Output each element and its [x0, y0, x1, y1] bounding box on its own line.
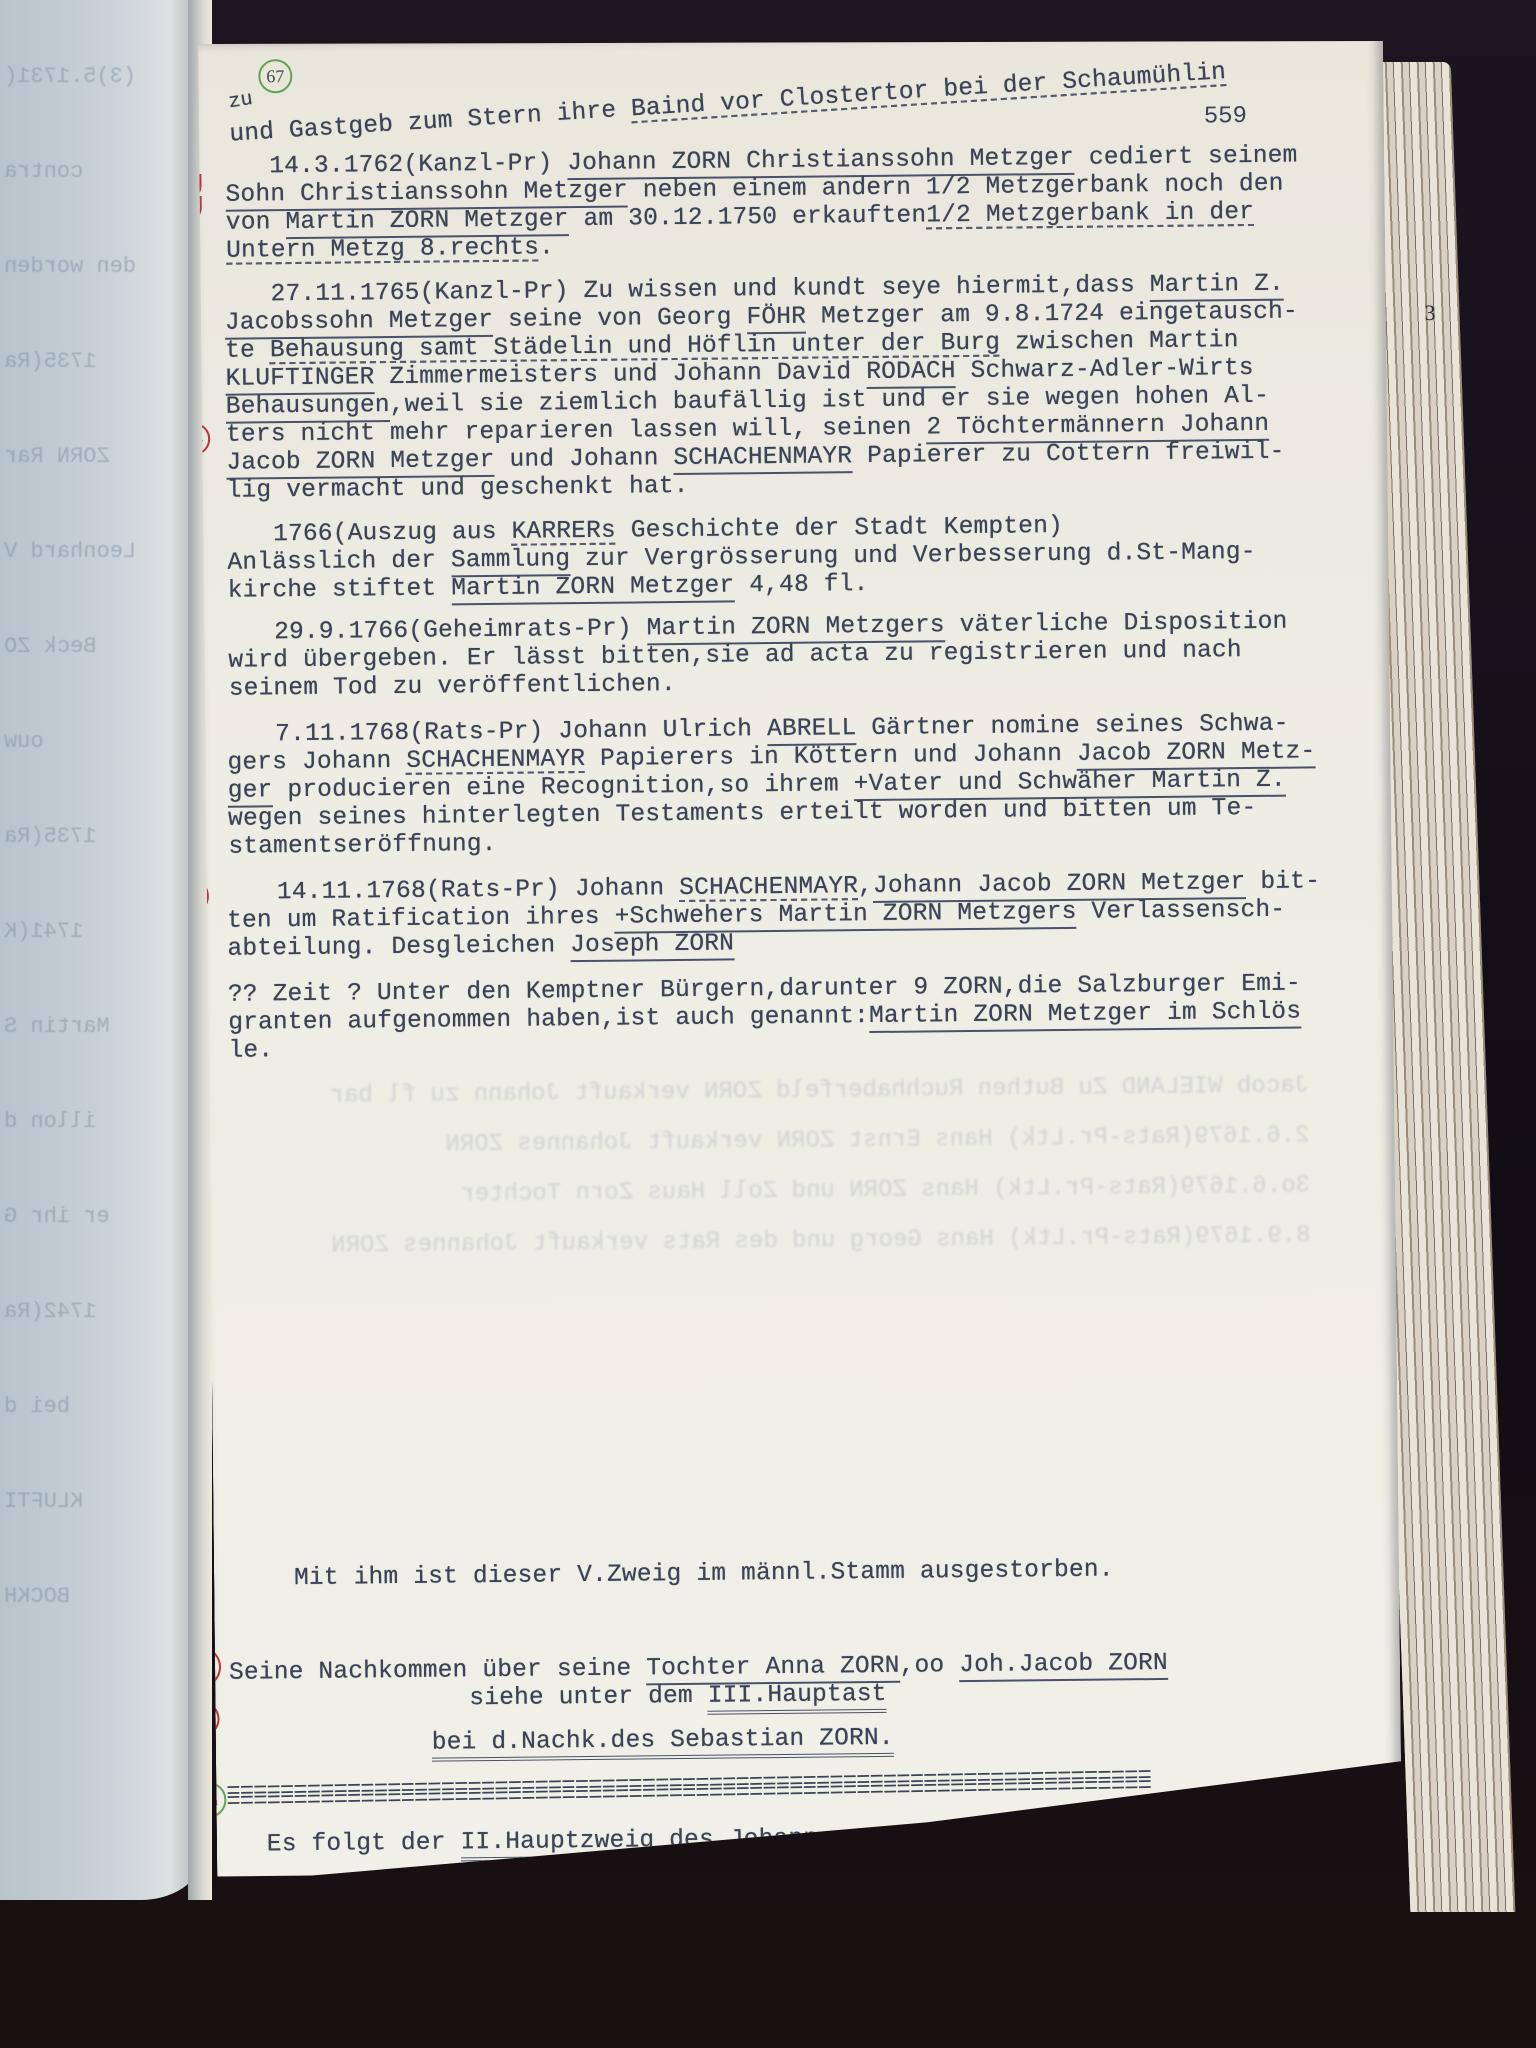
show-through-text: 8.9.1679(Rats-Pr.Ltk) Hans Georg und des… — [210, 1222, 1310, 1261]
left-page-ghost-line: 1735(Ra — [4, 345, 96, 379]
descendants-line: Seine Nachkommen über seine Tochter Anna… — [229, 1652, 1168, 1686]
left-page-ghost-line: ZORN Rar — [4, 440, 110, 474]
left-page-ghost-line: illon d — [4, 1105, 96, 1139]
left-page-ghost-line: 1742(Ra — [4, 1295, 96, 1329]
left-page-ghost-line: Beck ZO — [4, 630, 96, 664]
left-page-ghost-line: den worden — [4, 250, 136, 284]
text-line: zu — [227, 90, 254, 113]
left-page-ghost-line: (3)5.1731( — [4, 60, 136, 94]
text-line: kirche stiftet Martin ZORN Metzger 4,48 … — [228, 573, 869, 604]
left-page-ghost-line: KLUFTI — [4, 1485, 83, 1519]
show-through-text: 3o.6.1679(Rats-Pr.Ltk) Hans ZORN und Zol… — [210, 1172, 1310, 1211]
text-line: lig vermacht und geschenkt hat. — [227, 475, 689, 504]
left-page-ghost-line: 1735(Ra — [4, 820, 96, 854]
text-line: stamentseröffnung. — [228, 833, 496, 860]
left-page-ghost-line: er ihr G — [4, 1200, 110, 1234]
summary-line: Mit ihm ist dieser V.Zweig im männl.Stam… — [294, 1558, 1114, 1591]
text-line: seinem Tod zu veröffentlichen. — [229, 673, 676, 702]
left-page-ghost-line: BOCKH — [4, 1580, 70, 1614]
descendants-line: bei d.Nachk.des Sebastian ZORN. — [432, 1727, 894, 1756]
text-line: le. — [228, 1039, 273, 1064]
show-through-text: Jacob WIELAND Zu Buthen Ruchhaberfeld ZO… — [209, 1072, 1309, 1111]
left-page-ghost-line: 1741(K — [4, 915, 83, 949]
margin-ref-circled: 67 — [258, 59, 292, 93]
text-line: Untern Metzg 8.rechts. — [226, 236, 554, 264]
left-page-ghost-line: Leonhard V — [4, 535, 136, 569]
left-page-ghost-line: ouw — [4, 725, 44, 759]
page-number: 559 — [1204, 103, 1247, 130]
left-page-ghost-line: contra — [4, 155, 83, 189]
document-page: Jacob WIELAND Zu Buthen Ruchhaberfeld ZO… — [198, 32, 1403, 1914]
left-page-ghost-line: bei d — [4, 1390, 70, 1424]
text-line: abteilung. Desgleichen Joseph ZORN — [227, 932, 734, 962]
edge-mark: 3 — [1424, 300, 1436, 326]
show-through-text: 2.6.1679(Rats-Pr.Ltk) Hans Ernst ZORN ve… — [209, 1122, 1309, 1161]
next-branch-line: Es folgt der II.Hauptzweig des Johannes … — [267, 1824, 1191, 1858]
descendants-line: siehe unter dem III.Hauptast — [469, 1683, 887, 1712]
left-page: (3)5.1731(contraden worden1735(RaZORN Ra… — [0, 0, 200, 1900]
left-page-ghost-line: Martin S — [4, 1010, 110, 1044]
text-line: und Gastgeb zum Stern ihre Baind vor Clo… — [229, 61, 1227, 148]
